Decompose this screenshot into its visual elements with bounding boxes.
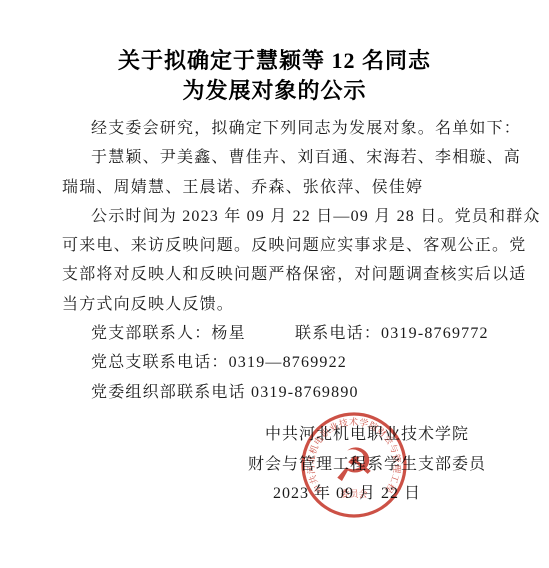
contact-line-3: 党委组织部联系电话 0319-8769890 xyxy=(62,378,514,407)
signature-org-line-2: 财会与管理工程系学生支部委员 xyxy=(248,450,486,480)
notice-line-3: 支部将对反映人和反映问题严格保密，对问题调查核实后以适 xyxy=(62,260,514,289)
names-line-1: 于慧颖、尹美鑫、曹佳卉、刘百通、宋海若、李相璇、高 xyxy=(62,143,514,172)
title-line-1: 关于拟确定于慧颖等 12 名同志 xyxy=(0,46,549,76)
contact-line-2: 党总支联系电话：0319—8769922 xyxy=(62,348,514,377)
signature-date: 2023 年 09 月 22 日 xyxy=(248,479,446,509)
notice-line-4: 当方式向反映人反馈。 xyxy=(62,290,514,319)
signature-org-line-1: 中共河北机电职业技术学院 xyxy=(248,420,486,450)
contact-line-1: 党支部联系人：杨星 联系电话：0319-8769772 xyxy=(62,319,514,348)
notice-line-2: 可来电、来访反映问题。反映问题应实事求是、客观公正。党 xyxy=(62,231,514,260)
title-line-2: 为发展对象的公示 xyxy=(0,76,549,106)
notice-document: 关于拟确定于慧颖等 12 名同志 为发展对象的公示 经支委会研究，拟确定下列同志… xyxy=(0,0,549,568)
branch-contact-person: 党支部联系人：杨星 xyxy=(91,325,246,342)
names-line-2: 瑞瑞、周婧慧、王晨诺、乔森、张依萍、侯佳婷 xyxy=(62,173,514,202)
document-body: 经支委会研究，拟确定下列同志为发展对象。名单如下： 于慧颖、尹美鑫、曹佳卉、刘百… xyxy=(62,114,514,407)
branch-contact-phone: 联系电话：0319-8769772 xyxy=(295,319,489,348)
signature-block: 中共河北机电职业技术学院 财会与管理工程系学生支部委员 2023 年 09 月 … xyxy=(248,420,486,509)
page-title: 关于拟确定于慧颖等 12 名同志 为发展对象的公示 xyxy=(0,46,549,106)
notice-line-1: 公示时间为 2023 年 09 月 22 日—09 月 28 日。党员和群众 xyxy=(62,202,514,231)
intro-paragraph: 经支委会研究，拟确定下列同志为发展对象。名单如下： xyxy=(62,114,514,143)
